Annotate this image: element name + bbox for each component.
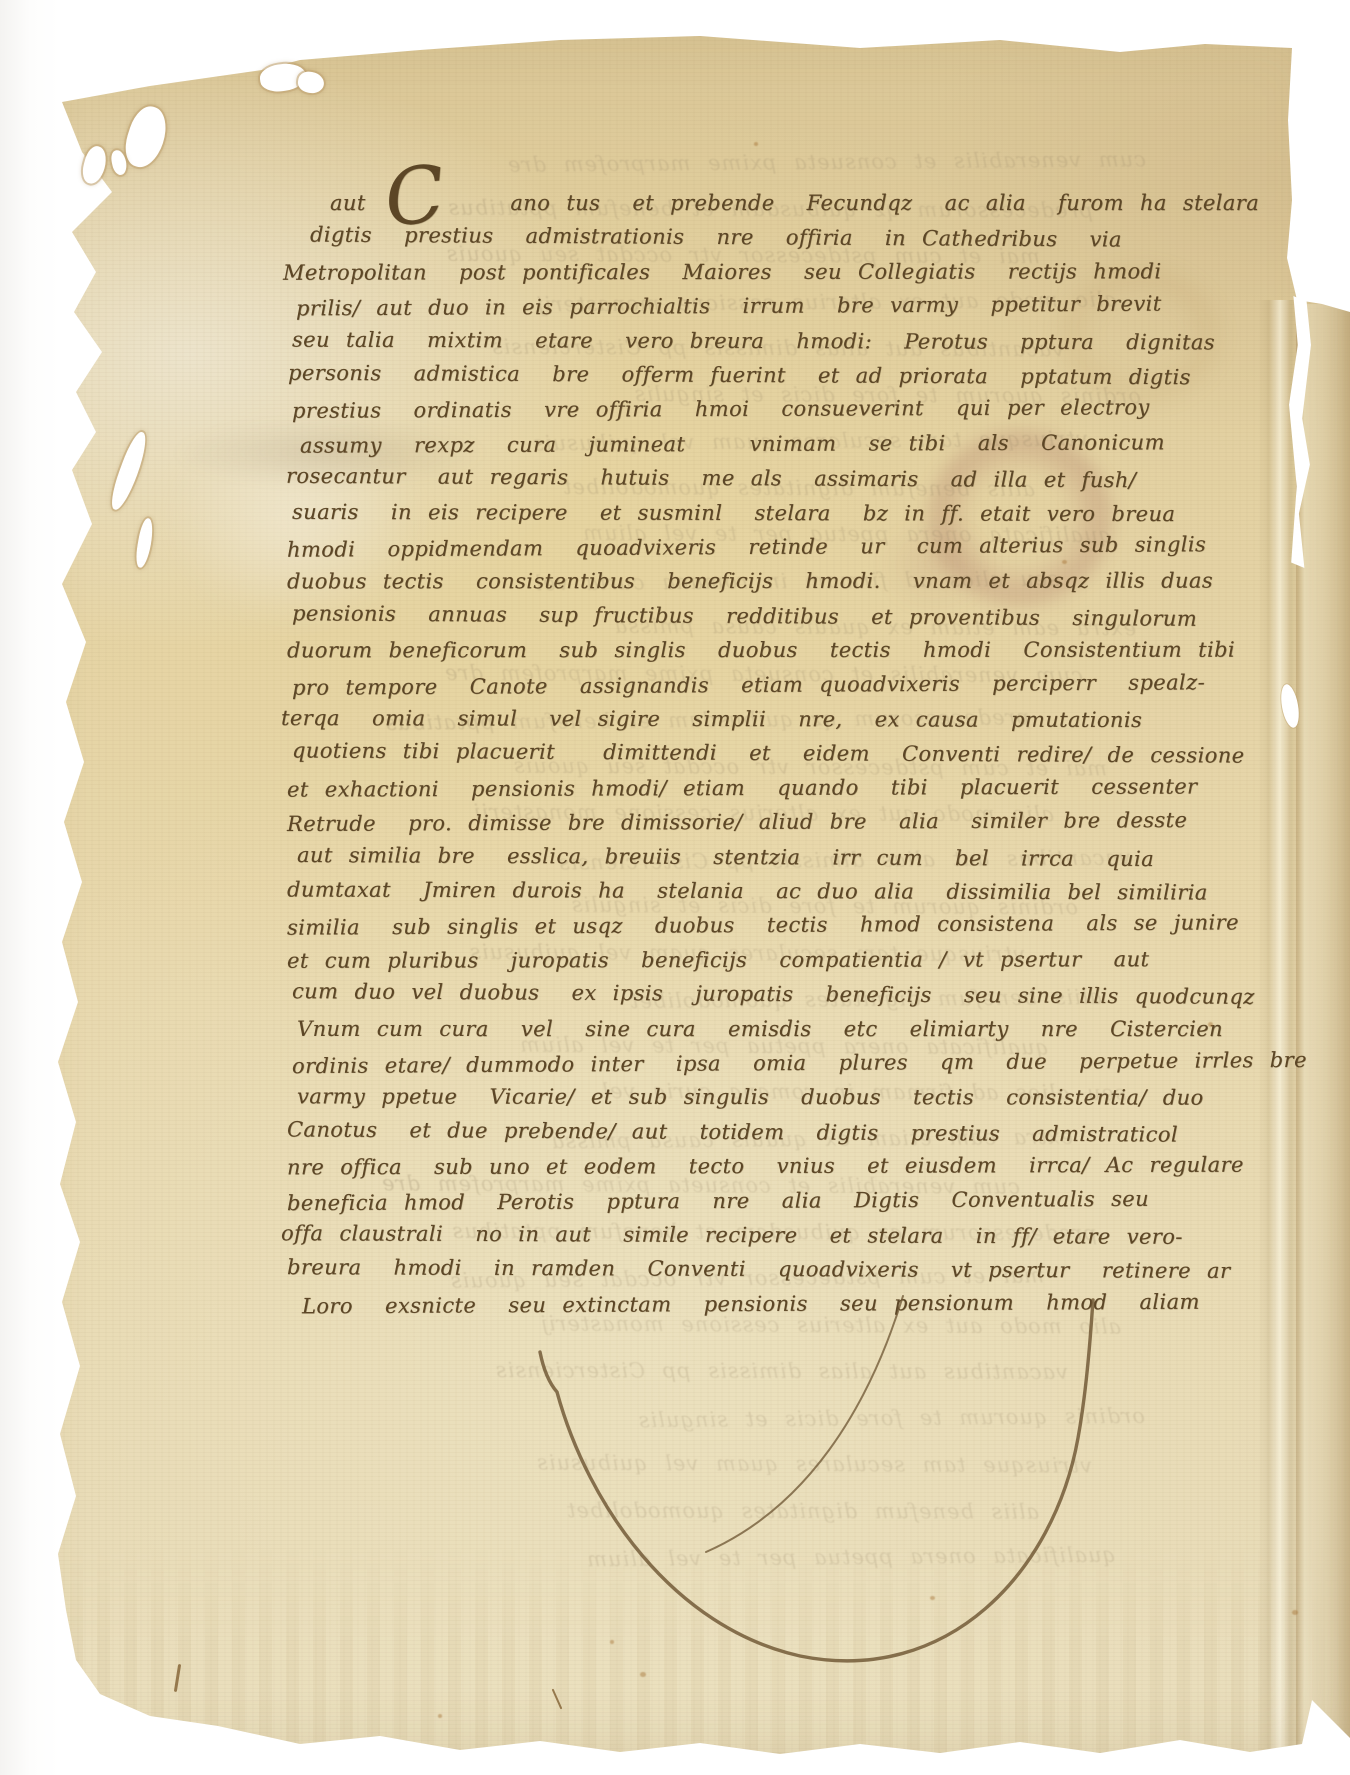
bleedthrough-line: alio modo aut ex alterius cessione monas…: [536, 287, 1117, 316]
bleedthrough-line: mai et cum pstdecessor vtr occdat seu qu…: [513, 753, 1107, 780]
bleedthrough-text: cum venerabilis et consueta pxime marpro…: [46, 0, 1166, 1775]
underlying-leaf-edge: [1296, 304, 1350, 1754]
surface-abrasion: [130, 380, 460, 660]
ink-smudge-stain: [120, 408, 540, 498]
bleedthrough-line: ordinis quorum te fore dicis et singulis: [638, 1403, 1145, 1431]
manuscript-line: et cum pluribus juropatis beneficijs com…: [287, 944, 1149, 976]
paper-fiber: [174, 1664, 181, 1692]
manuscript-line: Retrude pro. dimisse bre dimissorie/ ali…: [287, 805, 1187, 839]
bleedthrough-line: qualificata onera ppetua per te vel aliu…: [582, 521, 1112, 547]
manuscript-line: varmy ppetue Vicarie/ et sub singulis du…: [297, 1082, 1204, 1113]
manuscript-line: duorum beneficorum sub singlis duobus te…: [287, 635, 1235, 666]
manuscript-line: et exhactioni pensionis hmodi/ etiam qua…: [287, 771, 1198, 804]
bleedthrough-line: cum venerabilis et consueta pxime marpro…: [381, 1171, 1020, 1198]
manuscript-line: pensionis annuas sup fructibus redditibu…: [292, 598, 1197, 634]
bleedthrough-line: alio modo aut ex alterius cessione monas…: [473, 800, 1054, 826]
bleedthrough-line: predecessorum qz quibusdam et benefum pp…: [384, 705, 1030, 735]
manuscript-line: cum duo vel duobus ex ipsis juropatis be…: [292, 976, 1255, 1012]
foxing-spot: [754, 142, 758, 146]
manuscript-line: ordinis etare/ dummodo inter ipsa omia p…: [292, 1045, 1307, 1081]
bleedthrough-line: mai et cum pstdecessor vtr occdat seu qu…: [446, 242, 1040, 269]
manuscript-line: prilis/ aut duo in eis parrochialtis irr…: [296, 289, 1162, 324]
bleedthrough-line: vtriusque tam seculares quam vel quibusu…: [536, 1450, 1092, 1477]
foxing-spot: [930, 1596, 935, 1600]
manuscript-line: aut ano tus et prebende Fecundqz ac alia…: [330, 188, 1259, 218]
bleedthrough-line: vacantibus aut alias dimissis pp Cisterc…: [495, 1358, 1068, 1384]
foxing-spot: [438, 1714, 442, 1718]
bleedthrough-line: vacantibus aut alias dimissis pp Cisterc…: [558, 845, 1131, 874]
bleedthrough-line: extra eam etiam ex quauis causa pmissa: [551, 1124, 1073, 1153]
manuscript-line: similia sub singlis et usqz duobus tecti…: [287, 908, 1239, 943]
manuscript-text: aut ano tus et prebende Fecundqz ac alia…: [0, 0, 1350, 1775]
manuscript-line: aut similia bre esslica, breuiis stentzi…: [297, 840, 1154, 874]
bleedthrough-line: predecessorum qz quibusdam et benefum pp…: [451, 1218, 1097, 1244]
manuscript-line: hmodi oppidmendam quoadvixeris retinde u…: [287, 529, 1206, 564]
tide-line-stain: [905, 408, 1135, 628]
manuscript-line: terqa omia simul vel sigire simplii nre,…: [281, 703, 1142, 735]
bleedthrough-line: qualificata onera ppetua per te vel aliu…: [519, 1032, 1049, 1059]
manuscript-line: Canotus et due prebende/ aut totidem dig…: [287, 1114, 1178, 1149]
manuscript-line: quotiens tibi placuerit dimittendi et ei…: [292, 736, 1245, 771]
scanner-background: cum venerabilis et consueta pxime marpro…: [0, 0, 1350, 1775]
manuscript-line: Loro exsnicte seu extinctam pensionis se…: [302, 1287, 1200, 1322]
manuscript-line: rosecantur aut regaris hutuis me als ass…: [286, 461, 1136, 495]
bleedthrough-line: cum venerabilis et consueta pxime marpro…: [444, 660, 1083, 686]
paper-cockling: [70, 1540, 1350, 1760]
bleedthrough-line: vtriusque tam seculares quam vel quibusu…: [532, 427, 1088, 456]
bleedthrough-line: cum venerabilis et consueta pxime marpro…: [507, 147, 1146, 177]
bleedthrough-line: vacantibus aut alias dimissis pp Cisterc…: [491, 335, 1064, 362]
manuscript-line: offa claustrali no in aut simile reciper…: [281, 1218, 1183, 1252]
bleedthrough-line: aliis benefum dignitates quomodolibet: [629, 985, 1102, 1013]
manuscript-line: suaris in eis recipere et susminl stelar…: [292, 497, 1175, 529]
manuscript-line: nre offica sub uno et eodem tecto vnius …: [287, 1150, 1244, 1183]
manuscript-line: personis admistica bre offerm fuerint et…: [288, 358, 1191, 392]
bleedthrough-line: extra eam etiam ex quauis causa pmissa: [614, 614, 1136, 640]
initial-capital: C: [381, 155, 449, 239]
bleedthrough-line: ordinis quorum te fore dicis et singulis: [634, 381, 1141, 407]
manuscript-line: digtis prestius admistrationis nre offir…: [310, 220, 1122, 255]
bleedthrough-line: seu alios ad firmam in romana curia vel: [601, 1079, 1126, 1105]
water-stain: [1040, 250, 1240, 420]
foxing-spot: [1292, 1610, 1298, 1615]
manuscript-line: duobus tectis consistentibus beneficijs …: [287, 566, 1213, 597]
manuscript-line: pro tempore Canote assignandis etiam quo…: [292, 667, 1205, 702]
foxing-spot: [1208, 1022, 1213, 1027]
manuscript-page: cum venerabilis et consueta pxime marpro…: [0, 0, 1350, 1775]
bleedthrough-line: aliis benefum dignitates quomodolibet: [566, 1498, 1039, 1523]
pen-flourish: [0, 0, 1350, 1775]
bleedthrough-line: qualificata onera ppetua per te vel aliu…: [586, 1543, 1116, 1572]
manuscript-line: Vnum cum cura vel sine cura emisdis etc …: [297, 1014, 1223, 1044]
manuscript-line: Metropolitan post pontificales Maiores s…: [283, 256, 1162, 287]
manuscript-line: breura hmodi in ramden Conventi quoadvix…: [287, 1252, 1231, 1286]
bleedthrough-line: seu alios ad firmam in romana curia vel: [534, 566, 1059, 595]
tide-line-stain: [860, 500, 1010, 630]
manuscript-line: dumtaxat Jmiren durois ha stelania ac du…: [287, 874, 1208, 907]
corner-mark: 1: [50, 1647, 74, 1684]
foxing-spot: [610, 1640, 614, 1644]
foxing-spot: [1062, 560, 1067, 564]
bleedthrough-line: vtriusque tam seculares quam vel quibusu…: [469, 939, 1025, 965]
manuscript-line: assumy rexpz cura jumineat vnimam se tib…: [300, 427, 1165, 460]
bleedthrough-line: predecessorum qz quibusdam et benefum pp…: [447, 195, 1093, 222]
bleedthrough-line: alio modo aut ex alterius cessione monas…: [540, 1311, 1121, 1338]
bleedthrough-line: aliis benefum dignitates quomodolibet: [562, 474, 1035, 500]
foxing-spot: [640, 1672, 646, 1677]
bleedthrough-line: ordinis quorum te fore dicis et singulis: [571, 893, 1078, 920]
paper-fiber: [552, 1689, 563, 1710]
bleedthrough-line: mai et cum pstdecessor vtr occdat seu qu…: [450, 1263, 1044, 1292]
manuscript-line: beneficia hmod Perotis pptura nre alia D…: [287, 1183, 1149, 1217]
manuscript-line: seu talia mixtim etare vero breura hmodi…: [292, 324, 1215, 357]
vertical-crease: [1258, 300, 1298, 1760]
manuscript-line: prestius ordinatis vre offiria hmoi cons…: [292, 393, 1150, 427]
